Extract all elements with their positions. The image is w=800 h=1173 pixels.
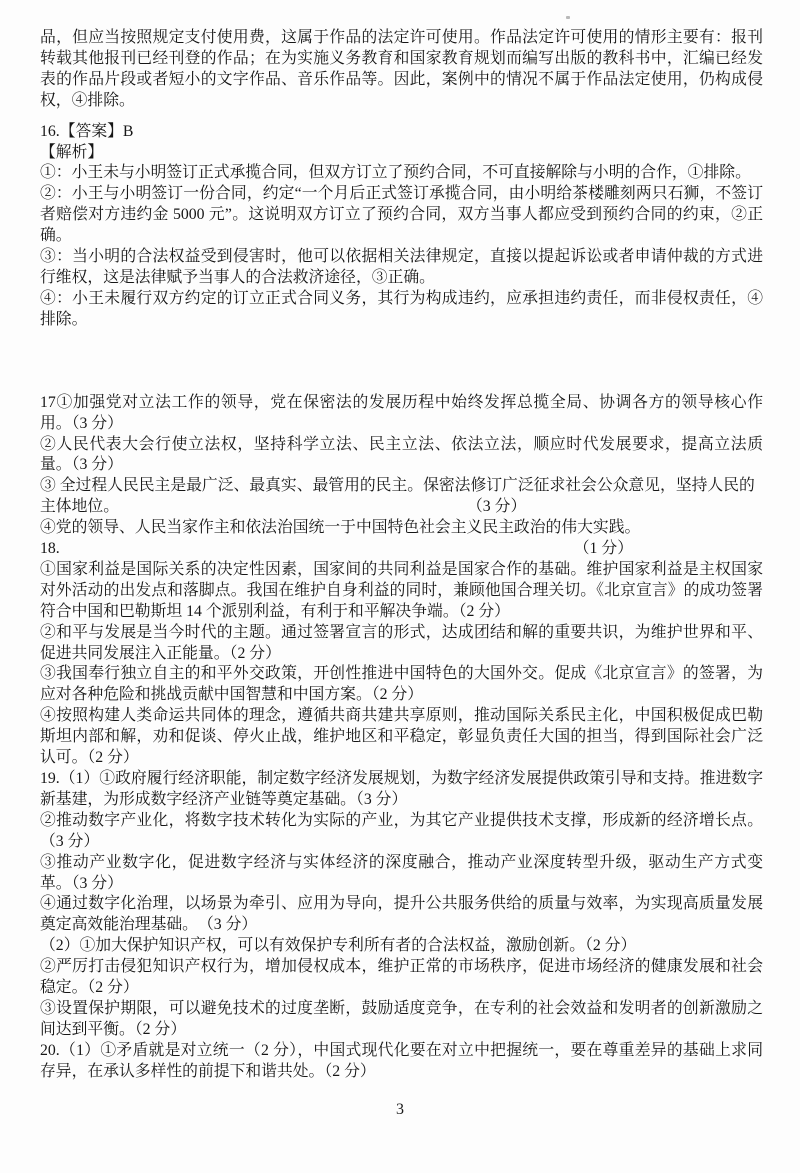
q17-point-2: ②人民代表大会行使立法权，坚持科学立法、民主立法、依法立法，顺应时代发展要求，提…: [40, 435, 763, 477]
q19-part2-point-3: ③设置保护期限，可以避免技术的过度垄断，鼓励适度竞争，在专利的社会效益和发明者的…: [40, 999, 763, 1041]
q19-part1-point-2: ②推动数字产业化，将数字技术转化为实际的产业，为其它产业提供技术支撑，形成新的经…: [40, 811, 763, 853]
q16-point-3: ③：当小明的合法权益受到侵害时，他可以依据相关法律规定，直接以提起诉讼或者申请仲…: [40, 247, 763, 289]
q20-answer-paragraph: 20.（1）①矛盾就是对立统一（2 分），中国式现代化要在对立中把握统一，要在尊…: [40, 1041, 763, 1083]
q17-point-3-tail: 主体地位。: [40, 497, 119, 518]
q16-point-1: ①：小王未与小明签订正式承揽合同，但双方订立了预约合同，不可直接解除与小明的合作…: [40, 163, 763, 184]
q18-point-3: ③我国奉行独立自主的和平外交政策，开创性推进中国特色的大国外交。促成《北京宣言》…: [40, 664, 763, 706]
q17-point-3-score: （3 分）: [467, 497, 526, 518]
q16-point-4: ④：小王未履行双方约定的订立正式合同义务，其行为构成违约，应承担违约责任，而非侵…: [40, 289, 763, 331]
q18-point-4: ④按照构建人类命运共同体的理念，遵循共商共建共享原则，推动国际关系民主化，中国积…: [40, 706, 763, 769]
q18-point-1: ①国家利益是国际关系的决定性因素，国家间的共同利益是国家合作的基础。维护国家利益…: [40, 560, 763, 623]
q19-part2-point-1: （2）①加大保护知识产权，可以有效保护专利所有者的合法权益，激励创新。（2 分）: [40, 936, 763, 957]
q16-point-2: ②：小王与小明签订一份合同，约定“一个月后正式签订承揽合同，由小明给茶楼雕刻两只…: [40, 184, 763, 247]
q18-point-2: ②和平与发展是当今时代的主题。通过签署宣言的形式，达成团结和解的重要共识，为维护…: [40, 623, 763, 665]
q18-number-score: （1 分）: [574, 539, 633, 560]
page-number: 3: [0, 1101, 800, 1119]
q17-point-3-line2: 主体地位。 （3 分）: [40, 497, 763, 518]
q19-part2-point-2: ②严厉打击侵犯知识产权行为，增加侵权成本，维护正常的市场秩序，促进市场经济的健康…: [40, 957, 763, 999]
q19-part1-point-1: 19.（1）①政府履行经济职能，制定数字经济发展规划，为数字经济发展提供政策引导…: [40, 769, 763, 811]
q19-part1-point-3: ③推动产业数字化，促进数字经济与实体经济的深度融合，推动产业深度转型升级，驱动生…: [40, 853, 763, 895]
q17-point-4: ④党的领导、人民当家作主和依法治国统一于中国特色社会主义民主政治的伟大实践。: [40, 518, 763, 539]
q17-point-3-line1: ③ 全过程人民民主是最广泛、最真实、最管用的民主。保密法修订广泛征求社会公众意见…: [40, 476, 763, 497]
answer-key-page: 品，但应当按照规定支付使用费，这属于作品的法定许可使用。作品法定许可使用的情形主…: [40, 28, 763, 1083]
q18-number-line: 18. （1 分）: [40, 539, 763, 560]
q16-answer-line: 16.【答案】B: [40, 122, 763, 143]
q16-analysis-heading: 【解析】: [40, 143, 763, 164]
q15-continuation-paragraph: 品，但应当按照规定支付使用费，这属于作品的法定许可使用。作品法定许可使用的情形主…: [40, 28, 763, 112]
q19-part1-point-4: ④通过数字化治理，以场景为牵引、应用为导向，提升公共服务供给的质量与效率，为实现…: [40, 894, 763, 936]
q18-number: 18.: [40, 539, 60, 560]
q17-point-1: 17①加强党对立法工作的领导，党在保密法的发展历程中始终发挥总揽全局、协调各方的…: [40, 393, 763, 435]
scan-artifact-dot: [566, 16, 570, 19]
